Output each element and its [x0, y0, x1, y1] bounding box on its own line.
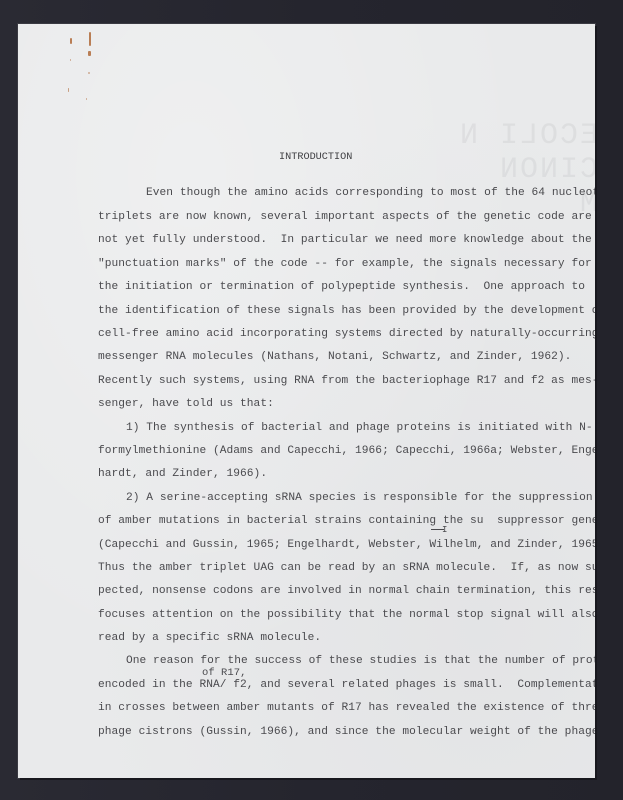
text-line: focuses attention on the possibility tha… [98, 608, 595, 622]
text-line: cell-free amino acid incorporating syste… [98, 327, 595, 341]
text-line: in crosses between amber mutants of R17 … [98, 701, 595, 715]
text-line: triplets are now known, several importan… [98, 210, 592, 224]
text-line: 2) A serine-accepting sRNA species is re… [126, 491, 593, 505]
rust-stain [86, 98, 87, 100]
text-line: Even though the amino acids correspondin… [146, 186, 595, 200]
document-page: ECOLI N CINON M INTRODUCTION Even though… [18, 24, 595, 778]
text-line: "punctuation marks" of the code -- for e… [98, 257, 592, 271]
subscript-roman-one: I [442, 523, 447, 537]
text-line: pected, nonsense codons are involved in … [98, 584, 595, 598]
text-line: senger, have told us that: [98, 397, 274, 411]
text-line: formylmethionine (Adams and Capecchi, 19… [98, 444, 595, 458]
bleed-line: ECOLI N [448, 119, 595, 153]
text-line: 1) The synthesis of bacterial and phage … [126, 421, 593, 435]
text-line: the identification of these signals has … [98, 304, 595, 318]
text-line: the initiation or termination of polypep… [98, 280, 585, 294]
rust-stain [88, 72, 90, 74]
text-line: not yet fully understood. In particular … [98, 233, 592, 247]
text-line: One reason for the success of these stud… [126, 654, 595, 668]
text-line: encoded in the RNA/ f2, and several rela… [98, 678, 595, 692]
bleed-line: CINON [448, 153, 595, 187]
section-heading: INTRODUCTION [279, 152, 352, 163]
bleed-through-text: ECOLI N CINON M [448, 119, 595, 221]
text-line: phage cistrons (Gussin, 1966), and since… [98, 725, 595, 739]
text-line: messenger RNA molecules (Nathans, Notani… [98, 350, 571, 364]
rust-stain [88, 51, 91, 56]
rust-stain [70, 59, 71, 61]
rust-stain [70, 38, 72, 44]
rust-stain [68, 88, 69, 92]
text-line: hardt, and Zinder, 1966). [98, 467, 267, 481]
text-line: (Capecchi and Gussin, 1965; Engelhardt, … [98, 538, 595, 552]
text-line: read by a specific sRNA molecule. [98, 631, 321, 645]
text-line: of amber mutations in bacterial strains … [98, 514, 595, 528]
text-line: Thus the amber triplet UAG can be read b… [98, 561, 595, 575]
rust-stain [89, 32, 91, 46]
text-line: Recently such systems, using RNA from th… [98, 374, 595, 388]
